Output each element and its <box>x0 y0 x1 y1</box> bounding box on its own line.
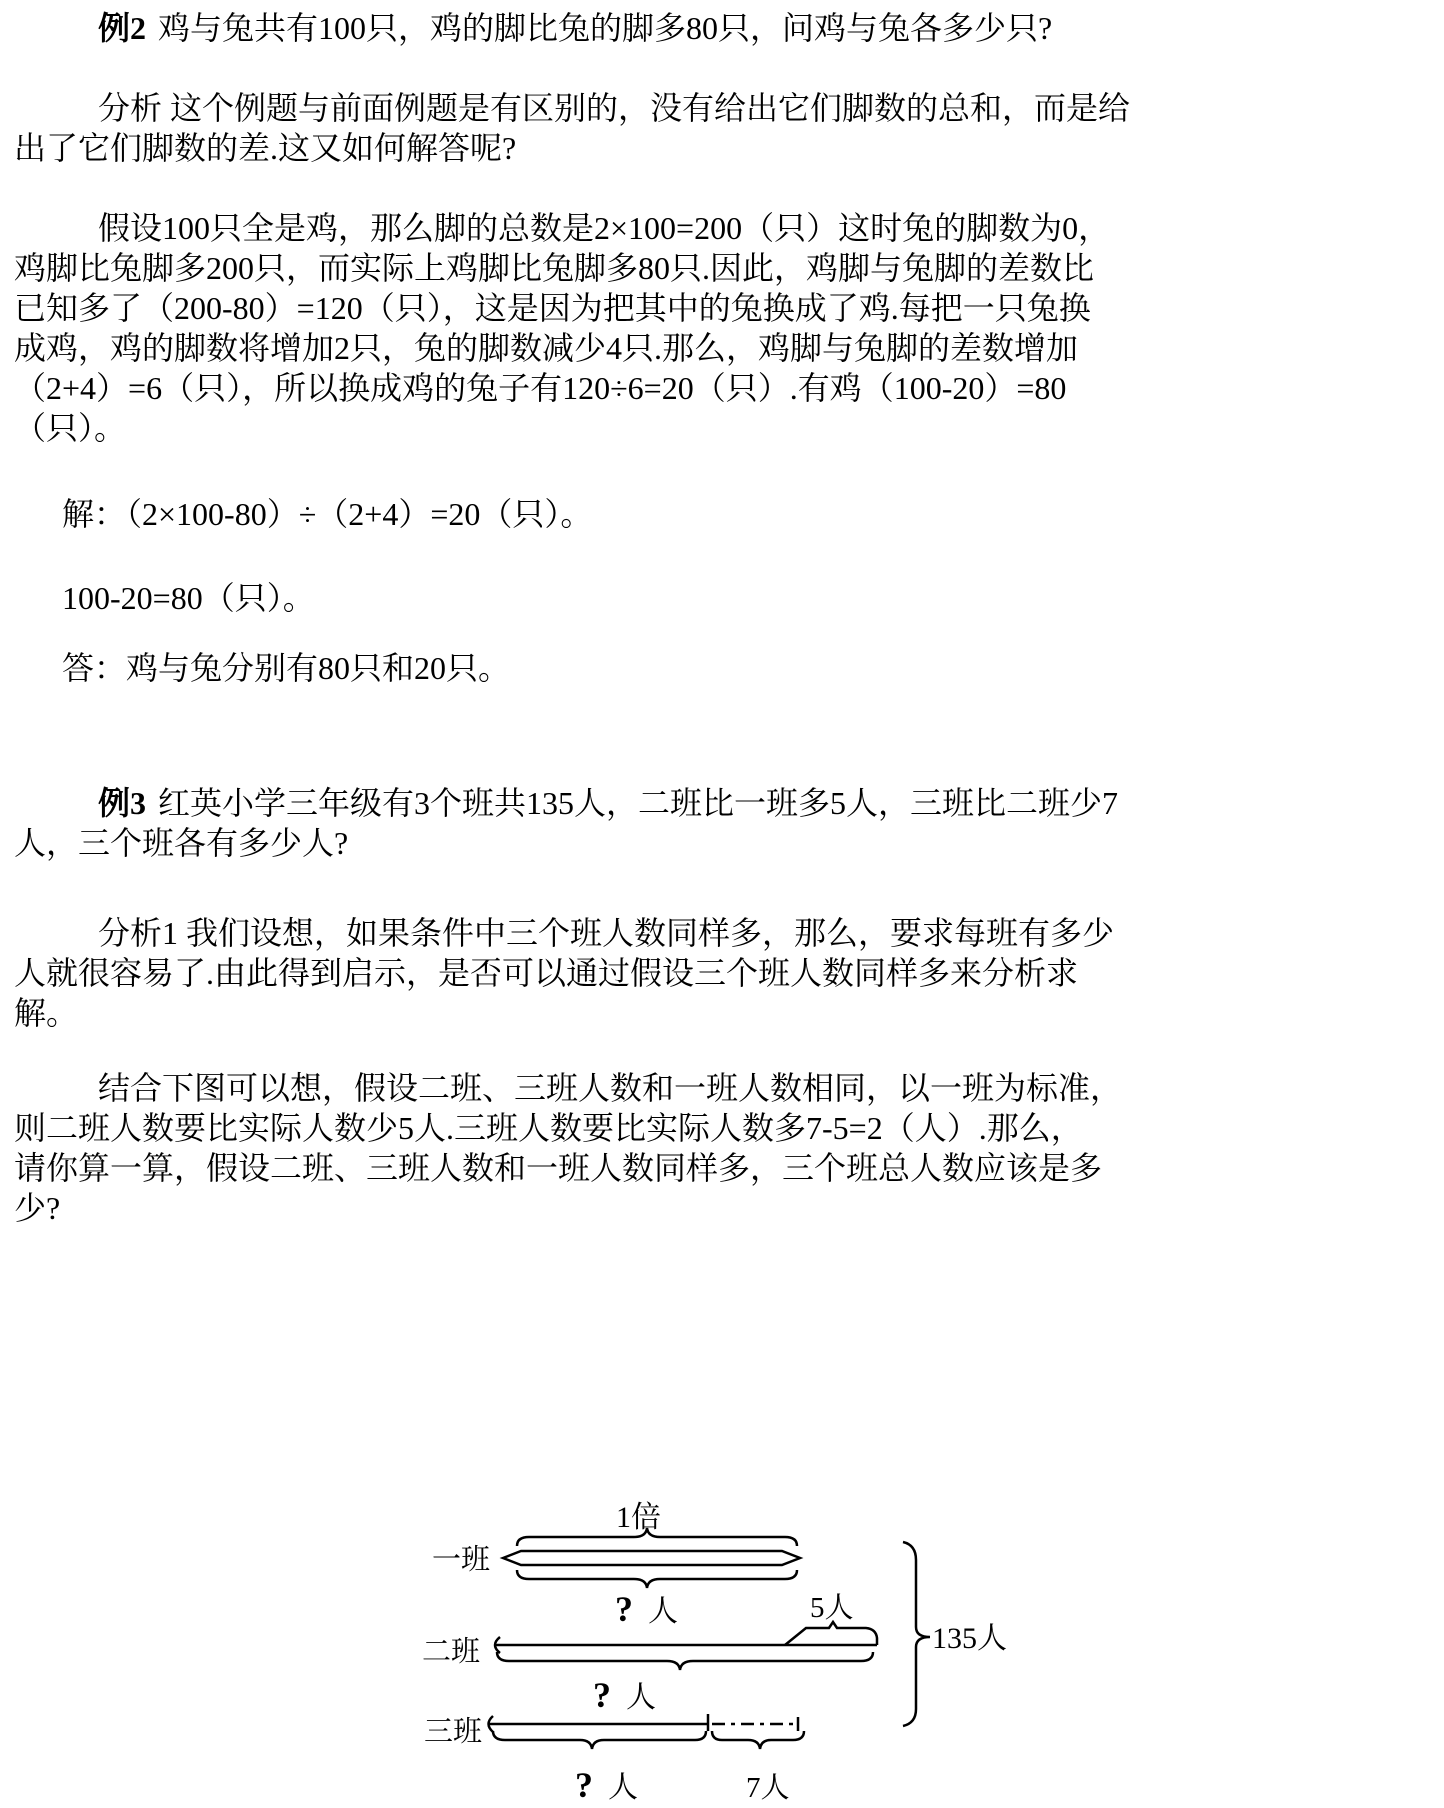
text-line: 少? <box>14 1188 1122 1228</box>
example3-label: 例3 <box>98 785 146 821</box>
text-line: 分析 这个例题与前面例题是有区别的，没有给出它们脚数的总和，而是给 <box>14 88 1130 128</box>
class2-extra-label: 5人 <box>810 1592 854 1624</box>
example2-reasoning: 假设100只全是鸡，那么脚的总数是2×100=200（只）这时兔的脚数为0， 鸡… <box>14 208 1110 448</box>
total-brace <box>903 1542 930 1726</box>
example3-analysis1: 分析1 我们设想，如果条件中三个班人数同样多，那么，要求每班有多少 人就很容易了… <box>14 913 1114 1033</box>
text-line: 结合下图可以想，假设二班、三班人数和一班人数相同，以一班为标准， <box>14 1068 1122 1108</box>
example2-analysis: 分析 这个例题与前面例题是有区别的，没有给出它们脚数的总和，而是给 出了它们脚数… <box>14 88 1130 168</box>
class2-question-mark: ? <box>593 1675 611 1715</box>
class2-label: 二班 <box>422 1635 480 1668</box>
text-line: （2+4）=6（只），所以换成鸡的兔子有120÷6=20（只）.有鸡（100-2… <box>14 368 1110 408</box>
multiple-label: 1倍 <box>616 1501 661 1534</box>
class2-extra-bump <box>785 1622 877 1645</box>
class-size-bar-diagram: 1倍 一班 ? 人 二班 5人 ? 人 三班 ? 人 7人 135人 <box>340 1480 1040 1808</box>
example2-problem-text: 鸡与兔共有100只，鸡的脚比兔的脚多80只，问鸡与兔各多少只? <box>158 10 1052 46</box>
text-line: 已知多了（200-80）=120（只），这是因为把其中的兔换成了鸡.每把一只兔换 <box>14 288 1110 328</box>
example2-label: 例2 <box>98 10 146 46</box>
text-line: 解。 <box>14 993 1114 1033</box>
example2-answer: 答：鸡与兔分别有80只和20只。 <box>14 648 510 688</box>
example3-hint: 结合下图可以想，假设二班、三班人数和一班人数相同，以一班为标准， 则二班人数要比… <box>14 1068 1122 1228</box>
class2-person-unit: 人 <box>626 1681 656 1714</box>
class1-question-mark: ? <box>615 1589 633 1629</box>
class2-underbrace <box>497 1652 873 1670</box>
text-line: 人，三个班各有多少人? <box>14 823 1118 863</box>
example2-solution: 解：（2×100-80）÷（2+4）=20（只）。 <box>14 494 592 534</box>
text-line: 假设100只全是鸡，那么脚的总数是2×100=200（只）这时兔的脚数为0， <box>14 208 1110 248</box>
text-line: 分析1 我们设想，如果条件中三个班人数同样多，那么，要求每班有多少 <box>14 913 1114 953</box>
class1-label: 一班 <box>432 1543 490 1576</box>
example3-problem-text: 红英小学三年级有3个班共135人，二班比一班多5人，三班比二班少7 <box>158 785 1118 821</box>
class3-less-label: 7人 <box>746 1772 790 1804</box>
class1-underbrace <box>517 1570 797 1588</box>
text-line: 则二班人数要比实际人数少5人.三班人数要比实际人数多7-5=2（人）.那么， <box>14 1108 1122 1148</box>
text-line: 成鸡，鸡的脚数将增加2只，兔的脚数减少4只.那么，鸡脚与兔脚的差数增加 <box>14 328 1110 368</box>
textbook-page: 例2鸡与兔共有100只，鸡的脚比兔的脚多80只，问鸡与兔各多少只? 分析 这个例… <box>0 0 1444 1808</box>
text-line: 人就很容易了.由此得到启示，是否可以通过假设三个班人数同样多来分析求 <box>14 953 1114 993</box>
example2-problem: 例2鸡与兔共有100只，鸡的脚比兔的脚多80只，问鸡与兔各多少只? <box>14 8 1052 48</box>
text-line: 解：（2×100-80）÷（2+4）=20（只）。 <box>14 494 592 534</box>
text-line: （只）。 <box>14 408 1110 448</box>
class1-person-unit: 人 <box>648 1595 678 1628</box>
text-line: 100-20=80（只）。 <box>14 578 315 618</box>
text-line: 出了它们脚数的差.这又如何解答呢? <box>14 128 1130 168</box>
class3-label: 三班 <box>424 1715 482 1748</box>
class1-bar <box>503 1551 800 1565</box>
text-line: 请你算一算，假设二班、三班人数和一班人数同样多，三个班总人数应该是多 <box>14 1148 1122 1188</box>
class3-question-mark: ? <box>575 1765 593 1805</box>
class3-less-underbrace <box>712 1731 804 1749</box>
class3-underbrace <box>493 1731 706 1749</box>
total-label: 135人 <box>932 1622 1007 1655</box>
text-line: 答：鸡与兔分别有80只和20只。 <box>14 648 510 688</box>
example2-solution2: 100-20=80（只）。 <box>14 578 315 618</box>
example3-problem: 例3红英小学三年级有3个班共135人，二班比一班多5人，三班比二班少7 人，三个… <box>14 783 1118 863</box>
class3-person-unit: 人 <box>608 1771 638 1804</box>
text-line: 鸡脚比兔脚多200只，而实际上鸡脚比兔脚多80只.因此，鸡脚与兔脚的差数比 <box>14 248 1110 288</box>
